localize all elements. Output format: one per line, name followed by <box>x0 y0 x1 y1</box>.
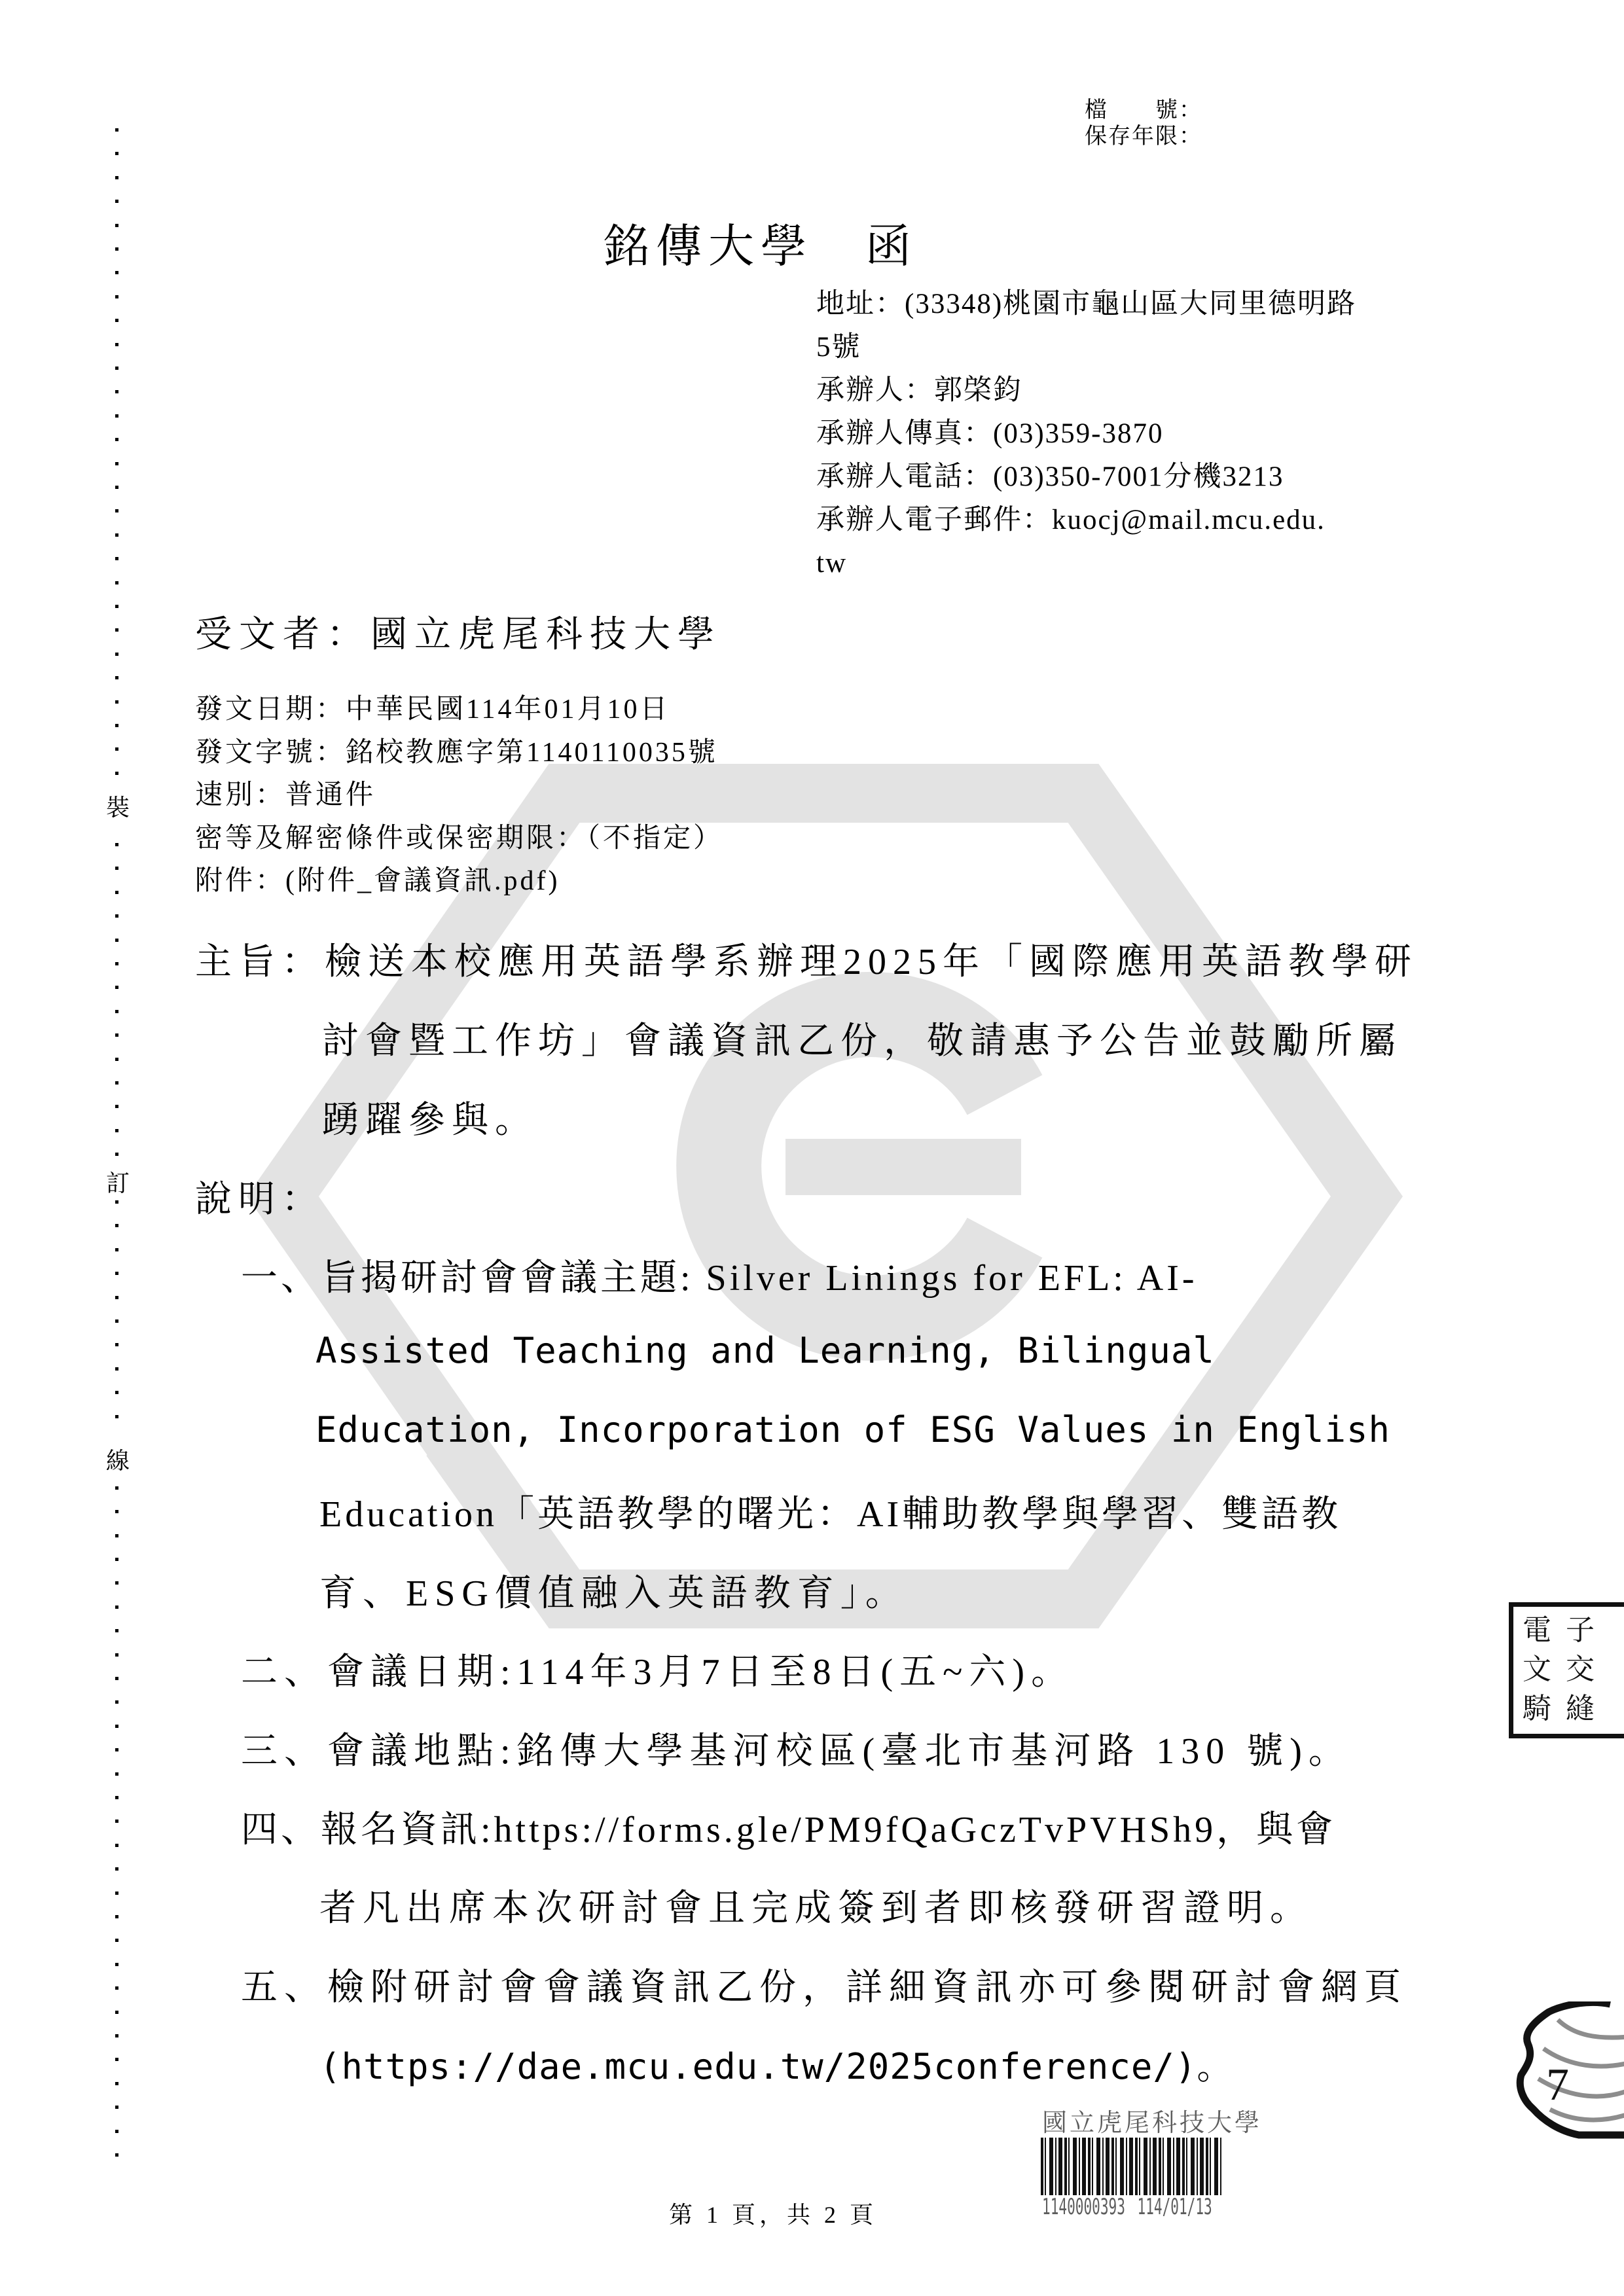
binding-rail-dot <box>115 1248 118 1251</box>
binding-rail-dot <box>115 1367 118 1371</box>
binding-rail-dot <box>115 1653 118 1657</box>
binding-rail-dot <box>115 747 118 751</box>
binding-rail-dot <box>115 1081 118 1085</box>
barcode-doc-date: 114/01/13 <box>1138 2194 1212 2220</box>
security-class: 密等及解密條件或保密期限：（不指定） <box>195 817 723 861</box>
sender-phone: 承辦人電話：(03)350-7001分機3213 <box>816 456 1356 499</box>
binding-rail-dot <box>115 1033 118 1037</box>
sender-fax: 承辦人傳真：(03)359-3870 <box>816 412 1356 456</box>
attachment-note: 附件：(附件_會議資訊.pdf) <box>195 860 723 903</box>
binding-rail-dot <box>115 986 118 989</box>
sender-contact-block: 地址：(33348)桃園市龜山區大同里德明路 5號 承辦人：郭棨鈞 承辦人傳真：… <box>816 283 1356 585</box>
binding-rail-dot <box>115 1058 118 1061</box>
binding-rail-dot <box>115 1725 118 1728</box>
binding-rail-dot <box>115 2153 118 2157</box>
binding-rail-dot <box>115 1200 118 1204</box>
binding-rail-dot <box>115 343 118 346</box>
subject-line-2: 討會暨工作坊」會議資訊乙份，敬請惠予公告並鼓勵所屬 <box>322 1012 1402 1064</box>
explanation-item-4-line-1: 四、報名資訊:https://forms.gle/PM9fQaGczTvPVHS… <box>241 1801 1336 1853</box>
binding-rail-dot <box>115 224 118 227</box>
explanation-item-1-line-1: 一、旨揭研討會會議主題: Silver Linings for EFL: AI- <box>241 1249 1198 1301</box>
binding-rail-dot <box>115 1748 118 1751</box>
document-page: 裝 訂 線 檔 號： 保存年限： 銘傳大學 函 地址：(33348)桃園市龜山區… <box>0 0 1624 2296</box>
page-number-info: 第 1 頁，共 2 頁 <box>669 2197 877 2230</box>
explanation-item-1-line-3: Education, Incorporation of ESG Values i… <box>316 1409 1390 1450</box>
stamp-row-2: 文交 <box>1523 1650 1624 1689</box>
explanation-item-5-line-1: 五、檢附研討會會議資訊乙份，詳細資訊亦可參閱研討會網頁 <box>241 1958 1407 2011</box>
binding-rail-dot <box>115 1129 118 1132</box>
retention-period-label: 保存年限： <box>1085 118 1202 150</box>
footer-recipient-name: 國立虎尾科技大學 <box>1042 2102 1262 2138</box>
binding-rail-dot <box>115 390 118 393</box>
binding-rail-dot <box>115 1844 118 1847</box>
binding-rail-dot <box>115 1892 118 1895</box>
explanation-item-1-line-4: Education「英語教學的曙光：AI輔助教學與學習、雙語教 <box>319 1485 1341 1537</box>
issue-number: 發文字號：銘校教應字第1140110035號 <box>195 732 723 775</box>
binding-rail-dot <box>115 2034 118 2037</box>
binding-rail-dot <box>115 1915 118 1918</box>
binding-rail-dot <box>115 533 118 537</box>
registry-seal: 7 <box>1512 2001 1624 2139</box>
binding-rail-dot <box>115 1677 118 1680</box>
document-barcode <box>1041 2138 1223 2195</box>
binding-rail-dot <box>115 247 118 251</box>
speed-class: 速別：普通件 <box>195 774 723 817</box>
binding-rail-dot <box>115 1820 118 1823</box>
binding-rail-dot <box>115 2058 118 2061</box>
binding-rail-dot <box>115 1796 118 1799</box>
binding-rail-dot <box>115 1010 118 1013</box>
binding-rail-dot <box>115 1534 118 1537</box>
binding-rail-dot <box>115 2011 118 2014</box>
binding-rail-dot <box>115 939 118 942</box>
sender-address-line2: 5號 <box>816 326 1356 369</box>
seal-digit: 7 <box>1546 2060 1569 2110</box>
binding-rail-dot <box>115 1558 118 1561</box>
binding-rail-dot <box>115 1105 118 1108</box>
explanation-item-1-line-2: Assisted Teaching and Learning, Bilingua… <box>316 1330 1215 1371</box>
binding-rail-dot <box>115 1391 118 1394</box>
binding-rail-dot <box>115 414 118 418</box>
explanation-item-5-line-2: (https://dae.mcu.edu.tw/2025conference/)… <box>319 2039 1233 2089</box>
binding-rail-dot <box>115 2130 118 2133</box>
binding-rail-dot <box>115 772 118 775</box>
barcode-numbers: 1140000393 114/01/13 <box>1042 2194 1212 2220</box>
binding-rail-dot <box>115 1224 118 1227</box>
binding-rail-dot <box>115 628 118 632</box>
binding-rail-dot <box>115 605 118 608</box>
binding-rail-dot <box>115 319 118 322</box>
binding-rail-dot <box>115 724 118 727</box>
binding-rail-dot <box>115 843 118 846</box>
binding-rail-dot <box>115 2106 118 2109</box>
binding-rail-dot <box>115 867 118 870</box>
binding-rail-dot <box>115 295 118 298</box>
explanation-item-4-line-2: 者凡出席本次研討會且完成簽到者即核發研習證明。 <box>319 1879 1313 1931</box>
binding-rail-dot <box>115 271 118 274</box>
binding-rail-dot <box>115 1986 118 1990</box>
binding-rail-dot <box>115 1581 118 1585</box>
explanation-item-3: 三、會議地點:銘傳大學基河校區(臺北市基河路 130 號)。 <box>241 1722 1352 1774</box>
binding-rail-dot <box>115 176 118 179</box>
binding-rail-dot <box>115 700 118 704</box>
binding-rail-dot <box>115 1319 118 1323</box>
binding-rail-dot <box>115 438 118 441</box>
binding-rail-dot <box>115 1272 118 1275</box>
subject-line-3: 踴躍參與。 <box>322 1091 538 1143</box>
binding-rail-dot <box>115 462 118 465</box>
stamp-row-3: 騎縫 <box>1523 1689 1624 1729</box>
binding-rail-dot <box>115 1510 118 1513</box>
stamp-row-1: 電子 <box>1523 1611 1624 1650</box>
barcode-doc-number: 1140000393 <box>1042 2194 1125 2220</box>
binding-rail-dot <box>115 1939 118 1942</box>
binding-char-ding: 訂 <box>106 1165 130 1198</box>
binding-rail-dot <box>115 2082 118 2085</box>
binding-rail-dot <box>115 1629 118 1632</box>
explanation-label: 說明： <box>195 1170 325 1223</box>
binding-rail-dot <box>115 676 118 679</box>
binding-rail-dot <box>115 962 118 965</box>
binding-rail-dot <box>115 891 118 894</box>
binding-rail-dot <box>115 1700 118 1704</box>
binding-char-xian: 線 <box>106 1443 130 1476</box>
binding-rail-dot <box>115 581 118 584</box>
binding-rail-dot <box>115 1153 118 1156</box>
sender-address-line1: 地址：(33348)桃園市龜山區大同里德明路 <box>816 283 1356 326</box>
document-content: 裝 訂 線 檔 號： 保存年限： 銘傳大學 函 地址：(33348)桃園市龜山區… <box>0 0 1624 2296</box>
binding-rail-dot <box>115 557 118 560</box>
issue-date: 發文日期：中華民國114年01月10日 <box>195 689 723 732</box>
binding-rail-dot <box>115 1486 118 1490</box>
binding-rail-dot <box>115 1415 118 1418</box>
sender-email-line2: tw <box>816 542 1356 585</box>
binding-rail-dot <box>115 367 118 370</box>
explanation-item-2: 二、會議日期:114年3月7日至8日(五~六)。 <box>241 1643 1074 1695</box>
electronic-exchange-stamp: 電子 文交 騎縫 <box>1509 1602 1624 1738</box>
binding-rail-dot <box>115 128 118 132</box>
subject-line-1: 主旨：檢送本校應用英語學系辦理2025年「國際應用英語教學研 <box>195 933 1418 985</box>
sender-email-line1: 承辦人電子郵件：kuocj@mail.mcu.edu. <box>816 499 1356 542</box>
binding-rail-dot <box>115 200 118 203</box>
binding-rail-dot <box>115 486 118 489</box>
issue-meta-block: 發文日期：中華民國114年01月10日 發文字號：銘校教應字第114011003… <box>195 689 723 903</box>
binding-char-zhuang: 裝 <box>106 789 130 823</box>
binding-rail-dot <box>115 1867 118 1871</box>
binding-rail-dot <box>115 152 118 155</box>
binding-rail-dot <box>115 914 118 918</box>
document-title: 銘傳大學 函 <box>604 209 918 276</box>
binding-rail-dot <box>115 1605 118 1609</box>
explanation-item-1-line-5: 育、ESG價值融入英語教育」。 <box>319 1564 909 1617</box>
binding-rail-dot <box>115 509 118 512</box>
binding-rail-dot <box>115 1343 118 1346</box>
binding-rail-dot <box>115 1296 118 1299</box>
binding-rail-dot <box>115 1772 118 1776</box>
binding-rail-dot <box>115 653 118 656</box>
binding-rail-dot <box>115 1963 118 1966</box>
sender-contact-person: 承辦人：郭棨鈞 <box>816 369 1356 412</box>
recipient-line: 受文者：國立虎尾科技大學 <box>195 605 721 658</box>
